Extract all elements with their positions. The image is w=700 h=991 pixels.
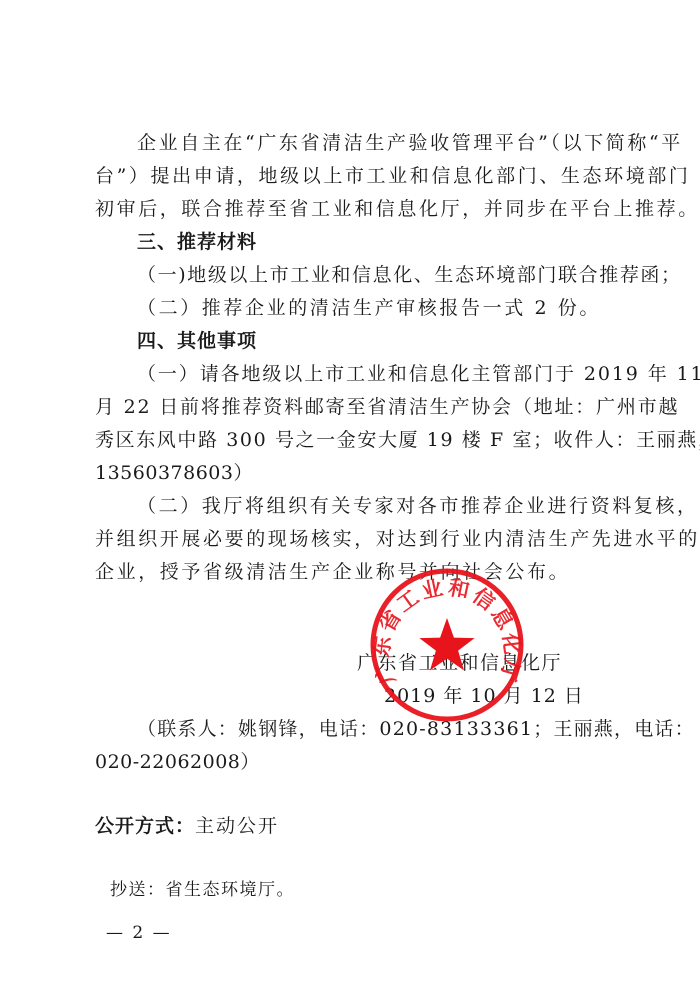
section3-heading: 三、推荐材料 <box>137 230 615 254</box>
intro-line-1: 企业自主在“广东省清洁生产验收管理平台”（以下简称“平 <box>137 131 615 155</box>
intro-line-3: 初审后，联合推荐至省工业和信息化厅，并同步在平台上推荐。 <box>95 197 615 221</box>
disclosure-label: 公开方式： <box>95 815 195 837</box>
section4-item1-line-3: 秀区东风中路 300 号之一金安大厦 19 楼 F 室；收件人：王丽燕， <box>95 428 615 452</box>
contact-line-1: （联系人：姚钢锋，电话：020-83133361；王丽燕，电话： <box>137 717 615 741</box>
page-number: — 2 — <box>106 921 626 945</box>
section3-item-1: （一)地级以上市工业和信息化、生态环境部门联合推荐函； <box>137 263 615 287</box>
intro-line-2: 台”）提出申请，地级以上市工业和信息化部门、生态环境部门 <box>95 164 615 188</box>
contact-line-2: 020-22062008） <box>95 750 615 774</box>
section4-item1-line-4: 13560378603） <box>95 461 615 485</box>
signature-date: 2019 年 10 月 12 日 <box>384 684 584 708</box>
section4-item2-line-3: 企业，授予省级清洁生产企业称号并向社会公布。 <box>95 560 615 584</box>
section4-item1-line-2: 月 22 日前将推荐资料邮寄至省清洁生产协会（地址：广州市越 <box>95 395 615 419</box>
section4-item2-line-1: （二）我厅将组织有关专家对各市推荐企业进行资料复核， <box>137 494 615 518</box>
disclosure-row: 公开方式：主动公开 <box>95 814 615 838</box>
document-page: 企业自主在“广东省清洁生产验收管理平台”（以下简称“平 台”）提出申请，地级以上… <box>0 0 700 991</box>
section3-item-2: （二）推荐企业的清洁生产审核报告一式 2 份。 <box>137 296 615 320</box>
signature-organization: 广东省工业和信息化厅 <box>357 651 562 675</box>
disclosure-value: 主动公开 <box>195 815 279 837</box>
section4-heading: 四、其他事项 <box>137 329 615 353</box>
section4-item2-line-2: 并组织开展必要的现场核实，对达到行业内清洁生产先进水平的 <box>95 527 615 551</box>
cc-line: 抄送：省生态环境厅。 <box>110 878 630 902</box>
section4-item1-line-1: （一）请各地级以上市工业和信息化主管部门于 2019 年 11 <box>137 362 615 386</box>
